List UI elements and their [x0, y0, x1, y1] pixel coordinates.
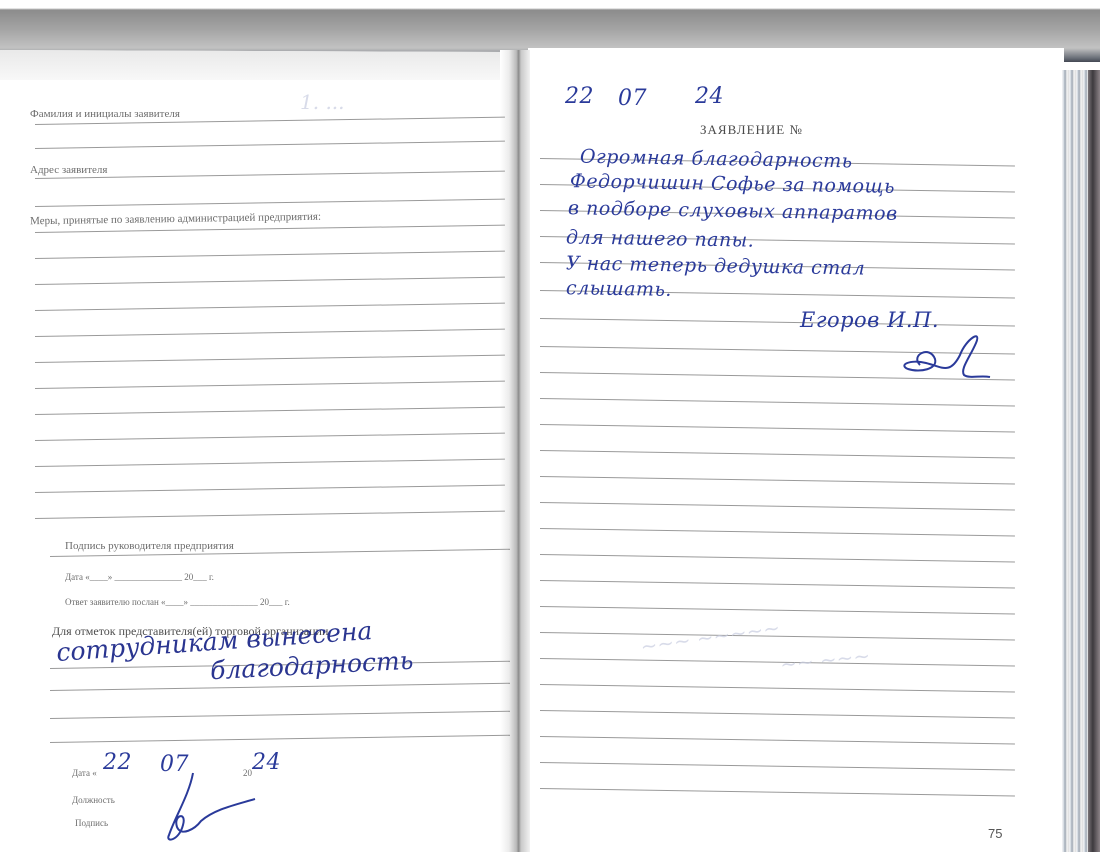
applicant-signature	[890, 325, 1000, 385]
entry-date-month: 07	[618, 86, 647, 111]
applicant-name-label: Фамилия и инициалы заявителя	[30, 108, 180, 120]
entry-date-year: 24	[695, 84, 724, 109]
page-number: 75	[988, 826, 1002, 841]
signature-label: Подпись	[75, 818, 108, 828]
page-edges	[1062, 70, 1100, 852]
entry-line-4: для нашего папы.	[566, 226, 755, 251]
left-page	[0, 40, 520, 852]
manager-signature	[155, 765, 265, 845]
bleed-through-text: 1. ...	[300, 90, 345, 114]
manager-signature-label: Подпись руководителя предприятия	[65, 540, 234, 552]
entry-line-6: слышать.	[566, 277, 672, 301]
statement-title: ЗАЯВЛЕНИЕ №	[700, 122, 803, 138]
applicant-address-label: Адрес заявителя	[30, 164, 107, 176]
footer-date-label: Дата «	[72, 768, 97, 778]
entry-date-day: 22	[565, 84, 594, 109]
date-field-template: Дата «____» _______________ 20___ г.	[65, 572, 214, 582]
reply-sent-template: Ответ заявителю послан «____» __________…	[65, 597, 290, 607]
footer-date-day: 22	[103, 750, 132, 775]
position-label: Должность	[72, 795, 115, 805]
